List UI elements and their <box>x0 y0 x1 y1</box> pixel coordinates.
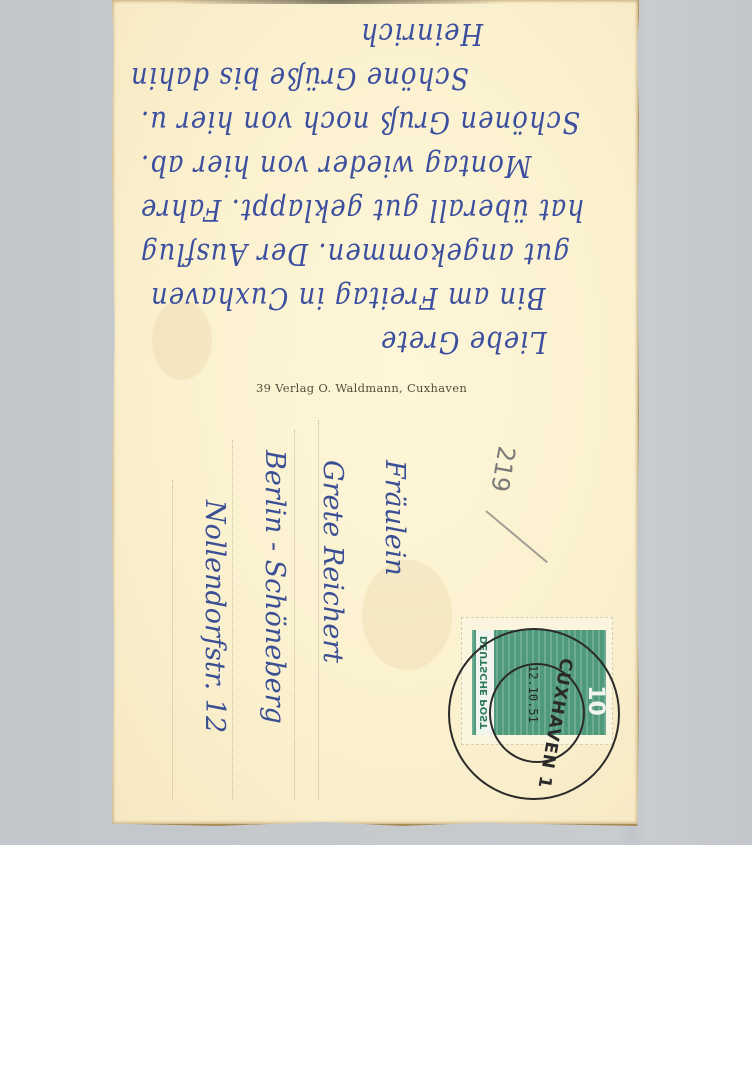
recipient-address: Fräulein Grete Reichert Berlin - Schöneb… <box>150 440 450 760</box>
message-line: Schönen Gruß noch von hier u. <box>140 104 580 139</box>
address-line: Nollendorfstr. 12 <box>199 500 230 733</box>
message-line: Bin am Freitag in Cuxhaven <box>150 280 546 315</box>
message-line: hat überall gut geklappt. Fahre <box>140 192 584 227</box>
message-line: Schöne Grüße bis dahin <box>130 60 469 95</box>
publisher-imprint: 39 Verlag O. Waldmann, Cuxhaven <box>256 381 467 395</box>
address-line: Fräulein <box>379 460 410 576</box>
postmark-date: 12.10.51 <box>526 665 540 723</box>
message-line: Montag wieder von hier ab. <box>140 148 531 183</box>
message-signature: Heinrich <box>360 16 483 51</box>
address-line: Berlin - Schöneberg <box>259 450 290 724</box>
address-line: Grete Reichert <box>317 460 348 663</box>
message-line: gut angekommen. Der Ausflug <box>140 236 570 271</box>
handwritten-message: Liebe Grete Bin am Freitag in Cuxhaven g… <box>120 4 630 364</box>
message-greeting: Liebe Grete <box>380 324 547 359</box>
